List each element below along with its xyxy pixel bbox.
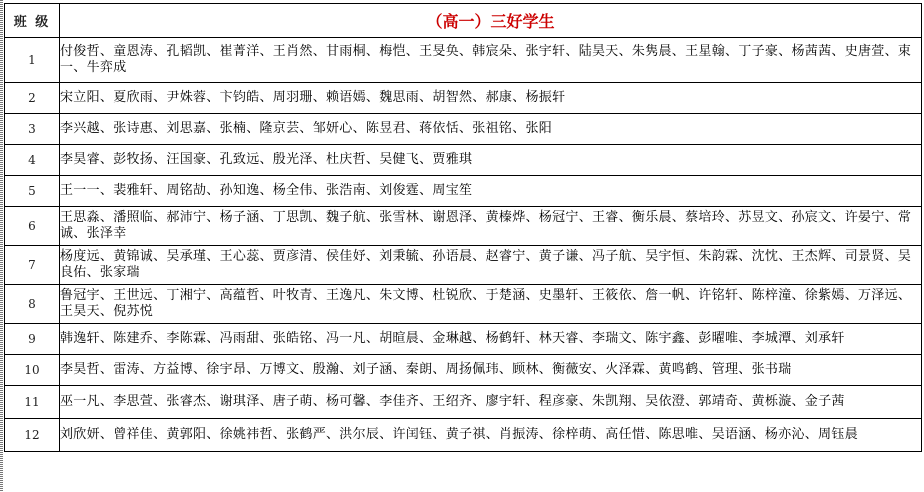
class-number: 9 bbox=[5, 324, 60, 355]
student-names: 王思淼、潘照临、郝沛宁、杨子涵、丁思凯、魏子航、张雪林、谢恩泽、黄榛烨、杨冠宁、… bbox=[60, 207, 922, 246]
class-number: 12 bbox=[5, 419, 60, 452]
class-number: 1 bbox=[5, 38, 60, 83]
class-number: 6 bbox=[5, 207, 60, 246]
student-names: 王一一、裴雅轩、周铭劼、孙知逸、杨全伟、张浩南、刘俊霆、周宝笙 bbox=[60, 176, 922, 207]
table-title: （高一）三好学生 bbox=[60, 4, 922, 38]
class-number: 2 bbox=[5, 83, 60, 114]
table-row: 10 李昊哲、雷涛、方益博、徐宇昂、万博文、殷瀚、刘子涵、秦朗、周扬佩玮、顾林、… bbox=[5, 355, 922, 386]
student-names: 李昊哲、雷涛、方益博、徐宇昂、万博文、殷瀚、刘子涵、秦朗、周扬佩玮、顾林、衡薇安… bbox=[60, 355, 922, 386]
table-row: 9 韩逸轩、陈建乔、李陈霖、冯雨甜、张皓铭、冯一凡、胡暄晨、金琳越、杨鹤轩、林天… bbox=[5, 324, 922, 355]
table-row: 3 李兴越、张诗惠、刘思嘉、张楠、隆京芸、邹妍心、陈昱君、蒋依恬、张祖铭、张阳 bbox=[5, 114, 922, 145]
student-names: 刘欣妍、曾祥佳、黄郭阳、徐姚祎哲、张鹤严、洪尔辰、许闰钰、黄子祺、肖振涛、徐梓萌… bbox=[60, 419, 922, 452]
table-row: 7 杨度远、黄锦诚、吴承瑾、王心蕊、贾彦清、侯佳妤、刘秉毓、孙语晨、赵睿宁、黄子… bbox=[5, 246, 922, 285]
student-names: 巫一凡、李思萱、张睿杰、谢琪泽、唐子萌、杨可馨、李佳齐、王绍齐、廖宇轩、程彦豪、… bbox=[60, 386, 922, 419]
class-number: 4 bbox=[5, 145, 60, 176]
table-row: 12 刘欣妍、曾祥佳、黄郭阳、徐姚祎哲、张鹤严、洪尔辰、许闰钰、黄子祺、肖振涛、… bbox=[5, 419, 922, 452]
class-number: 10 bbox=[5, 355, 60, 386]
student-names: 宋立阳、夏欣雨、尹姝蓉、卞钧皓、周羽珊、赖语嫣、魏思雨、胡智然、郝康、杨振轩 bbox=[60, 83, 922, 114]
student-names: 杨度远、黄锦诚、吴承瑾、王心蕊、贾彦清、侯佳妤、刘秉毓、孙语晨、赵睿宁、黄子谦、… bbox=[60, 246, 922, 285]
table-row: 4 李昊睿、彭牧扬、汪国豪、孔致远、殷光泽、杜庆哲、吴健飞、贾雅琪 bbox=[5, 145, 922, 176]
class-column-header: 班 级 bbox=[5, 4, 60, 38]
class-number: 3 bbox=[5, 114, 60, 145]
table-row: 8 鲁冠宇、王世远、丁湘宁、高蕴哲、叶牧青、王逸凡、朱文博、杜锐欣、于楚涵、史墨… bbox=[5, 285, 922, 324]
student-names: 韩逸轩、陈建乔、李陈霖、冯雨甜、张皓铭、冯一凡、胡暄晨、金琳越、杨鹤轩、林天睿、… bbox=[60, 324, 922, 355]
table-row: 2 宋立阳、夏欣雨、尹姝蓉、卞钧皓、周羽珊、赖语嫣、魏思雨、胡智然、郝康、杨振轩 bbox=[5, 83, 922, 114]
class-number: 11 bbox=[5, 386, 60, 419]
class-number: 7 bbox=[5, 246, 60, 285]
table-row: 5 王一一、裴雅轩、周铭劼、孙知逸、杨全伟、张浩南、刘俊霆、周宝笙 bbox=[5, 176, 922, 207]
student-names: 付俊哲、童恩涛、孔韬凯、崔菁洋、王肖然、甘雨桐、梅恺、王旻奂、韩宸朵、张宇轩、陆… bbox=[60, 38, 922, 83]
table-row: 1 付俊哲、童恩涛、孔韬凯、崔菁洋、王肖然、甘雨桐、梅恺、王旻奂、韩宸朵、张宇轩… bbox=[5, 38, 922, 83]
table-header-row: 班 级 （高一）三好学生 bbox=[5, 4, 922, 38]
class-number: 8 bbox=[5, 285, 60, 324]
honor-students-table: 班 级 （高一）三好学生 1 付俊哲、童恩涛、孔韬凯、崔菁洋、王肖然、甘雨桐、梅… bbox=[4, 3, 922, 452]
class-number: 5 bbox=[5, 176, 60, 207]
page-edge-divider bbox=[0, 0, 3, 492]
table-row: 11 巫一凡、李思萱、张睿杰、谢琪泽、唐子萌、杨可馨、李佳齐、王绍齐、廖宇轩、程… bbox=[5, 386, 922, 419]
table-row: 6 王思淼、潘照临、郝沛宁、杨子涵、丁思凯、魏子航、张雪林、谢恩泽、黄榛烨、杨冠… bbox=[5, 207, 922, 246]
student-names: 李昊睿、彭牧扬、汪国豪、孔致远、殷光泽、杜庆哲、吴健飞、贾雅琪 bbox=[60, 145, 922, 176]
student-names: 李兴越、张诗惠、刘思嘉、张楠、隆京芸、邹妍心、陈昱君、蒋依恬、张祖铭、张阳 bbox=[60, 114, 922, 145]
student-names: 鲁冠宇、王世远、丁湘宁、高蕴哲、叶牧青、王逸凡、朱文博、杜锐欣、于楚涵、史墨轩、… bbox=[60, 285, 922, 324]
